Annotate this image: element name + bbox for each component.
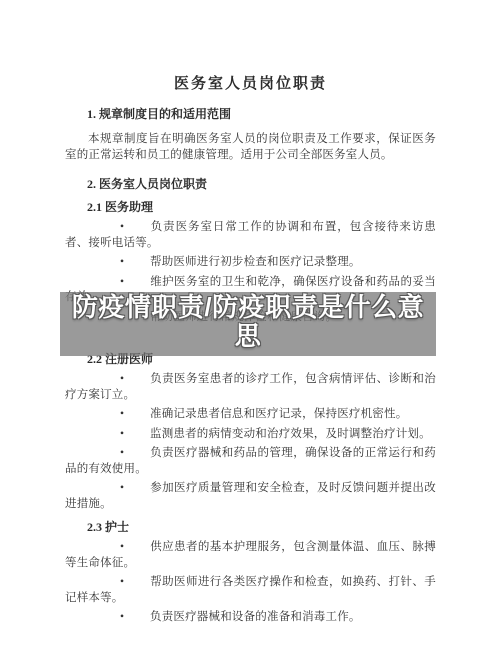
- bullet-icon: •: [120, 407, 150, 423]
- list-item: •供应患者的基本护理服务，包含测量体温、血压、脉搏等生命体征。: [65, 540, 436, 571]
- list-item-text: 帮助医师进行初步检查和医疗记录整理。: [150, 256, 361, 268]
- list-item: •监测患者的病情变动和治疗效果，及时调整治疗计划。: [65, 427, 436, 443]
- bullet-icon: •: [120, 255, 150, 271]
- bullet-icon: •: [120, 481, 150, 497]
- section-1-paragraph: 本规章制度旨在明确医务室人员的岗位职责及工作要求，保证医务室的正常运转和员工的健…: [65, 132, 436, 163]
- bullet-icon: •: [120, 610, 150, 626]
- list-item: •参加医疗质量管理和安全检查，及时反馈问题并提出改进措施。: [65, 481, 436, 512]
- list-item-text: 负责医疗器械和设备的准备和消毒工作。: [150, 611, 361, 623]
- list-item-text: 准确记录患者信息和医疗记录，保持医疗机密性。: [150, 408, 407, 420]
- list-item: •负责医疗器械和药品的管理，确保设备的正常运行和药品的有效使用。: [65, 446, 436, 477]
- bullet-icon: •: [120, 446, 150, 462]
- list-item: •负责医务室患者的诊疗工作，包含病情评估、诊断和治疗方案订立。: [65, 372, 436, 403]
- watermark-overlay: 防疫情职责/防疫职责是什么意思: [60, 292, 436, 356]
- section-2-heading: 2. 医务室人员岗位职责: [87, 176, 436, 192]
- list-item: •负责医疗器械和设备的准备和消毒工作。: [65, 610, 436, 626]
- bullet-icon: •: [120, 220, 150, 236]
- bullet-icon: •: [120, 540, 150, 556]
- section-1-heading: 1. 规章制度目的和适用范围: [87, 106, 436, 122]
- document-title: 医务室人员岗位职责: [65, 75, 436, 93]
- list-item: •准确记录患者信息和医疗记录，保持医疗机密性。: [65, 407, 436, 423]
- bullet-icon: •: [120, 275, 150, 291]
- bullet-icon: •: [120, 372, 150, 388]
- subsection-2-1-heading: 2.1 医务助理: [87, 199, 436, 215]
- bullet-icon: •: [120, 427, 150, 443]
- list-item: •帮助医师进行初步检查和医疗记录整理。: [65, 255, 436, 271]
- watermark-overlay-text: 防疫情职责/防疫职责是什么意思: [60, 292, 436, 351]
- document-page: 医务室人员岗位职责 1. 规章制度目的和适用范围 本规章制度旨在明确医务室人员的…: [0, 0, 500, 647]
- subsection-2-3-heading: 2.3 护士: [87, 519, 436, 535]
- list-item-text: 监测患者的病情变动和治疗效果，及时调整治疗计划。: [150, 428, 431, 440]
- list-item: •帮助医师进行各类医疗操作和检查，如换药、打针、手记样本等。: [65, 575, 436, 606]
- list-item: •负责医务室日常工作的协调和布置，包含接待来访患者、接听电话等。: [65, 220, 436, 251]
- bullet-icon: •: [120, 575, 150, 591]
